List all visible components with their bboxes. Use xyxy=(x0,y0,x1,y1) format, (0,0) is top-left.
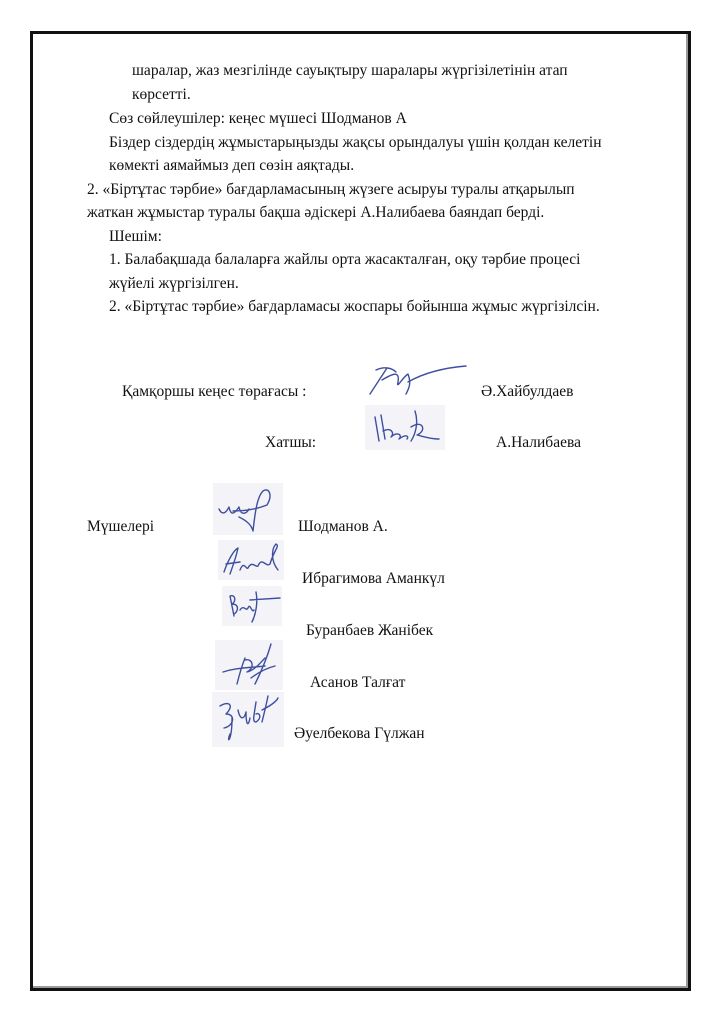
secretary-label: Хатшы: xyxy=(265,433,316,453)
text-line: Біздер сіздердің жұмыстарыңызды жақсы ор… xyxy=(109,133,602,153)
member-name-5: Әуелбекова Гүлжан xyxy=(294,724,425,744)
member-signature-2 xyxy=(218,540,284,580)
member-signature-5 xyxy=(212,692,284,747)
chair-name: Ә.Хайбулдаев xyxy=(481,382,574,402)
decision-item-1: 1. Балабақшада балаларға жайлы орта жаса… xyxy=(109,250,580,270)
agenda-item-2: 2. «Біртұтас тәрбие» бағдарламасының жүз… xyxy=(87,180,575,200)
member-name-3: Буранбаев Жанібек xyxy=(306,621,433,641)
chair-signature xyxy=(362,360,472,400)
secretary-name: А.Налибаева xyxy=(496,433,581,453)
text-line: жүйелі жүргізілген. xyxy=(109,274,239,294)
member-name-2: Ибрагимова Аманкүл xyxy=(302,569,445,589)
chair-label: Қамқоршы кеңес төрағасы : xyxy=(122,382,307,402)
speakers-line: Сөз сөйлеушілер: кеңес мүшесі Шодманов А xyxy=(109,109,407,129)
secretary-signature xyxy=(365,405,445,450)
decision-heading: Шешім: xyxy=(109,227,162,247)
member-signature-4 xyxy=(215,640,283,690)
text-line: көрсетті. xyxy=(132,85,191,105)
page-border-shadow xyxy=(33,34,688,988)
text-line: жаткан жұмыстар туралы бақша әдіскері А.… xyxy=(87,203,544,223)
text-line: көмекті аямаймыз деп сөзін аяқтады. xyxy=(109,156,354,176)
text-line: шаралар, жаз мезгілінде сауықтыру шарала… xyxy=(132,61,568,81)
members-label: Мүшелері xyxy=(87,517,154,537)
member-signature-1 xyxy=(213,483,283,535)
member-name-1: Шодманов А. xyxy=(298,517,388,537)
member-name-4: Асанов Талғат xyxy=(310,673,405,693)
decision-item-2: 2. «Біртұтас тәрбие» бағдарламасы жоспар… xyxy=(109,297,600,317)
member-signature-3 xyxy=(222,586,282,626)
